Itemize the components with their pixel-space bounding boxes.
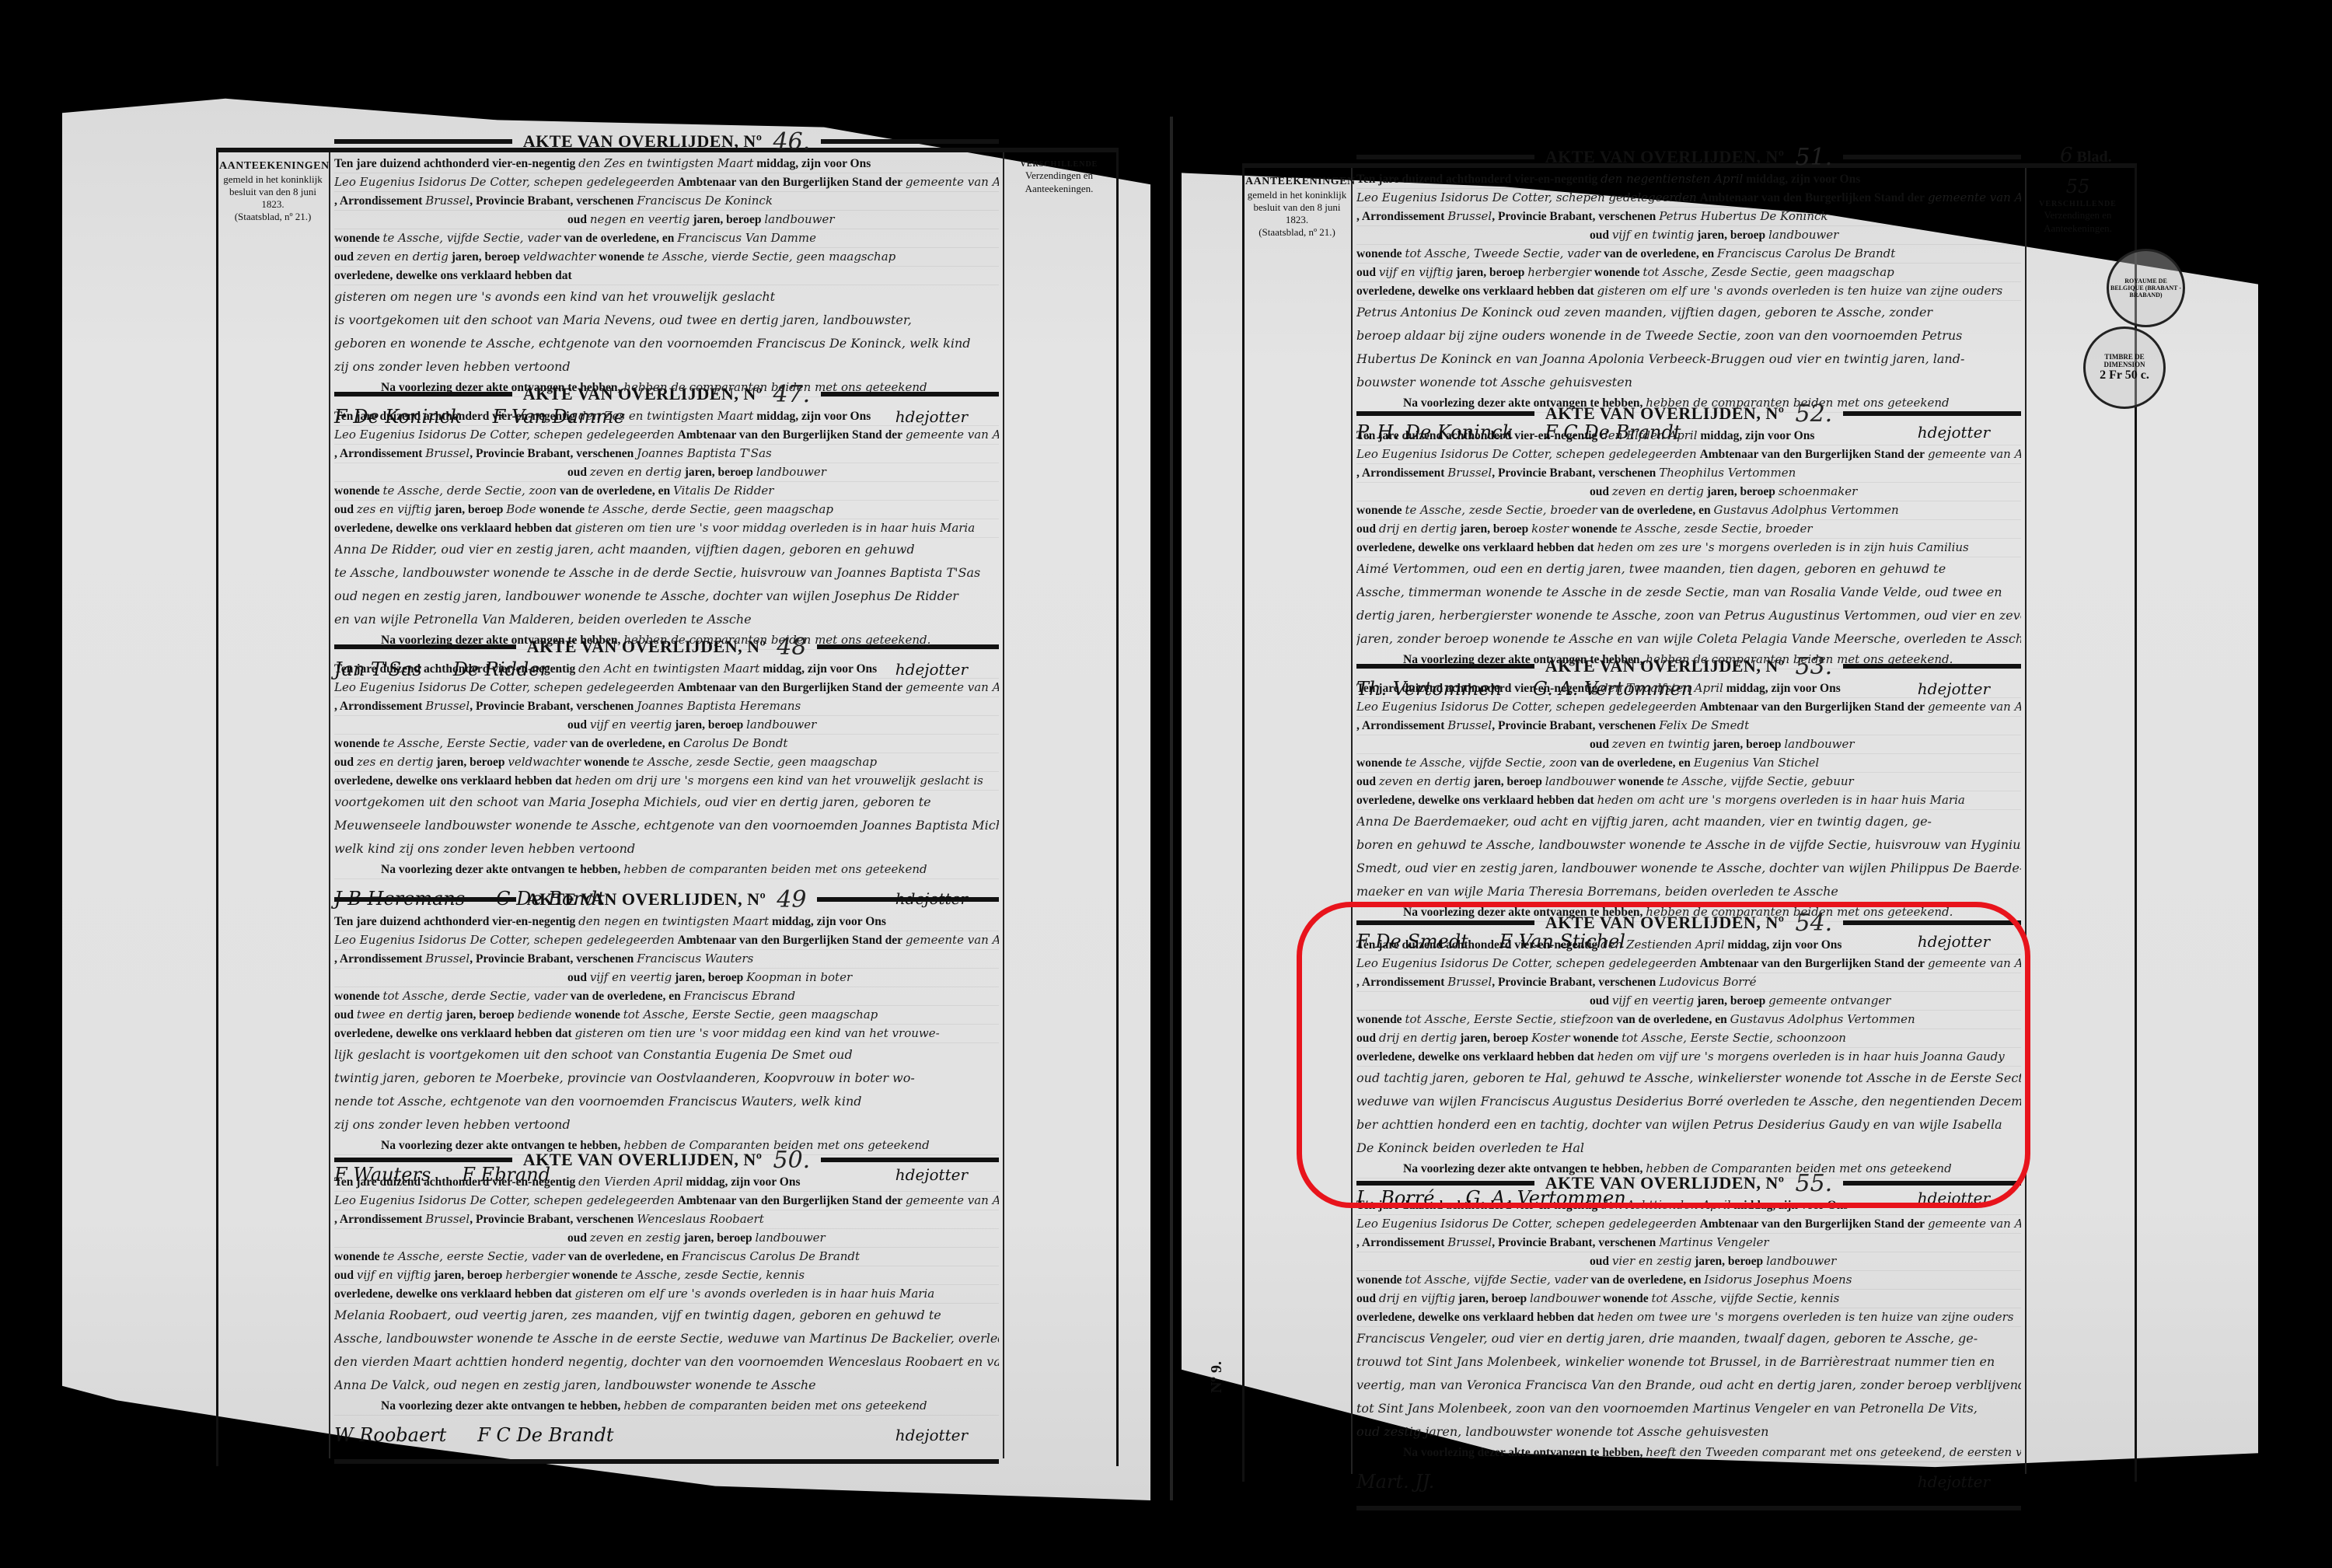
- declarant-1-age: zeven en dertig: [1612, 484, 1704, 498]
- arrondissement: Brussel: [1447, 209, 1492, 223]
- printed-text: van de overledene, en: [1590, 1273, 1701, 1287]
- title-rule: [817, 897, 999, 902]
- act-body-line: gisteren om tien ure 's voor middag over…: [575, 521, 976, 535]
- act-body-line: Aimé Vertommen, oud een en dertig jaren,…: [1356, 557, 2021, 581]
- declarant-2-residence: tot Assche, vijfde Sectie, kennis: [1651, 1291, 1839, 1305]
- declarant-2-residence: tot Assche, Zesde Sectie, geen maagschap: [1643, 265, 1894, 279]
- declarant-2: Gustavus Adolphus Vertommen: [1714, 503, 1899, 517]
- act-body-line: oud negen en zestig jaren, landbouwer wo…: [334, 585, 999, 608]
- printed-text: , Provincie Brabant, verschenen: [470, 1213, 634, 1226]
- declarant-1-age: vier en zestig: [1612, 1254, 1691, 1268]
- declarant-2-age: zes en vijftig: [357, 502, 431, 516]
- printed-text: oud: [1356, 522, 1376, 536]
- act-date: den negen en twintigsten Maart: [578, 914, 769, 928]
- declarant-1-job: landbouwer: [756, 1231, 826, 1245]
- title-rule: [1356, 155, 1534, 159]
- printed-text: Ambtenaar van den Burgerlijken Stand der: [1700, 1217, 1925, 1231]
- declarant-2-residence: te Assche, zesde Sectie, broeder: [1620, 522, 1812, 536]
- act-body-line: twintig jaren, geboren te Moerbeke, prov…: [334, 1067, 999, 1090]
- printed-text: van de overledene, en: [1604, 247, 1714, 260]
- gemeente: gemeente van Assche: [906, 680, 999, 694]
- closing-text: hebben de comparanten beiden met ons get…: [623, 1399, 927, 1413]
- declarant-2-residence: te Assche, zesde Sectie, geen maagschap: [632, 755, 877, 769]
- printed-text: wonende: [1603, 1292, 1649, 1305]
- act-body-line: dertig jaren, herbergierster wonende te …: [1356, 604, 2021, 627]
- printed-text: middag, zijn voor Ons: [756, 157, 871, 170]
- declarant-1-job: landbouwer: [1768, 228, 1838, 242]
- printed-text: wonende: [334, 484, 380, 498]
- declarant-1-age: vijf en veertig: [590, 970, 672, 984]
- gemeente: gemeente van Assche: [906, 1193, 999, 1207]
- printed-text: jaren, beroep: [434, 1269, 502, 1282]
- official-signature: hdejotter: [895, 1426, 968, 1444]
- act-date: den Twaalfsten April: [1601, 681, 1723, 695]
- declarant-1-job: landbouwer: [1784, 737, 1854, 751]
- title-rule: [334, 897, 516, 902]
- right-column-heading: Verzendingen en Aanteekeningen.: [1025, 169, 1094, 194]
- act-body-line: jaren, zonder beroep wonende te Assche e…: [1356, 627, 2021, 651]
- declarant-2-job: bediende: [518, 1008, 572, 1021]
- declarant-2-age: drij en dertig: [1379, 522, 1457, 536]
- signature: W Roobaert: [334, 1424, 446, 1446]
- right-column-heading-small: VERSCHILLENDE: [2027, 199, 2128, 209]
- margin-ref: (Staatsblad, nº 21.): [1259, 226, 1335, 238]
- printed-text: van de overledene, en: [564, 232, 674, 245]
- printed-text: oud: [334, 250, 354, 264]
- printed-text: , Arrondissement: [1356, 1236, 1444, 1249]
- declarant-1-age: vijf en veertig: [590, 718, 672, 732]
- act-body-line: gisteren om elf ure 's avonds overleden …: [575, 1287, 935, 1301]
- act-body-line: zij ons zonder leven hebben vertoond: [334, 355, 999, 379]
- title-rule: [1843, 664, 2021, 669]
- officer: Leo Eugenius Isidorus De Cotter, schepen…: [1356, 700, 1697, 714]
- act-label: AKTE VAN OVERLIJDEN, Nº: [527, 637, 766, 657]
- printed-text: oud: [1590, 485, 1609, 498]
- printed-text: Ambtenaar van den Burgerlijken Stand der: [678, 176, 903, 189]
- officer: Leo Eugenius Isidorus De Cotter, schepen…: [1356, 190, 1697, 204]
- printed-text: Ambtenaar van den Burgerlijken Stand der: [1700, 191, 1925, 204]
- declarant-1-age: vijf en twintig: [1612, 228, 1694, 242]
- printed-text: oud: [1590, 738, 1609, 751]
- officer: Leo Eugenius Isidorus De Cotter, schepen…: [1356, 1217, 1697, 1231]
- act-body-line: heden om drij ure 's morgens een kind va…: [575, 774, 983, 787]
- margin-annotation: 55: [2066, 176, 2090, 197]
- left-margin-header: AANTEEKENINGEN gemeld in het koninklijk …: [219, 159, 326, 224]
- act-body-line: zij ons zonder leven hebben vertoond: [334, 1113, 999, 1137]
- declarant-2-age: zes en dertig: [357, 755, 434, 769]
- declarant-1-job: schoenmaker: [1779, 484, 1858, 498]
- act-body-line: boren en gehuwd te Assche, landbouwster …: [1356, 833, 2021, 857]
- declarant-2-job: Bode: [506, 502, 536, 516]
- declarant-1-residence: te Assche, derde Sectie, zoon: [382, 484, 557, 498]
- act-title: AKTE VAN OVERLIJDEN, Nº50.: [334, 1147, 999, 1173]
- printed-text: , Arrondissement: [1356, 466, 1444, 480]
- declarant-2: Carolus De Bondt: [683, 736, 788, 750]
- act-number: 46.: [773, 128, 810, 155]
- printed-text: , Provincie Brabant, verschenen: [1492, 210, 1656, 223]
- act-body-line: gisteren om elf ure 's avonds overleden …: [1597, 284, 2003, 298]
- printed-text: jaren, beroep: [675, 971, 743, 984]
- stamp-label: TIMBRE DE DIMENSION: [2086, 353, 2163, 368]
- act-body-line: en van wijle Petronella Van Malderen, be…: [334, 608, 999, 631]
- act-body-line: beroep aldaar bij zijne ouders wonende i…: [1356, 324, 2021, 347]
- declarant-1-age: zeven en twintig: [1612, 737, 1710, 751]
- officer: Leo Eugenius Isidorus De Cotter, schepen…: [334, 933, 675, 947]
- act-body-line: bouwster wonende tot Assche gehuisvesten: [1356, 371, 2021, 394]
- printed-text: wonende: [574, 1008, 620, 1021]
- act-label: AKTE VAN OVERLIJDEN, Nº: [523, 1150, 763, 1170]
- margin-text: gemeld in het koninklijk besluit van den…: [1248, 189, 1346, 226]
- printed-text: wonende: [1356, 247, 1402, 260]
- printed-text: jaren, beroep: [1712, 738, 1781, 751]
- printed-text: oud: [1356, 1292, 1376, 1305]
- act-body-line: trouwd tot Sint Jans Molenbeek, winkelie…: [1356, 1350, 2021, 1374]
- declarant-1: Martinus Vengeler: [1659, 1235, 1768, 1249]
- declarant-2-age: vijf en vijftig: [1379, 265, 1453, 279]
- declarant-2: Franciscus Van Damme: [677, 231, 816, 245]
- title-rule: [1356, 411, 1534, 416]
- act-title: AKTE VAN OVERLIJDEN, Nº51.: [1356, 144, 2021, 170]
- closing-rule: [1356, 1506, 2021, 1510]
- death-act-55: AKTE VAN OVERLIJDEN, Nº55. Ten jare duiz…: [1356, 1170, 2021, 1510]
- printed-line: Ten jare duizend achthonderd vier-en-neg…: [334, 915, 575, 928]
- printed-text: , Arrondissement: [334, 1213, 422, 1226]
- printed-text: jaren, beroep: [675, 718, 743, 732]
- declarant-2-residence: tot Assche, Eerste Sectie, geen maagscha…: [623, 1008, 878, 1021]
- printed-text: overledene, dewelke ons verklaard hebben…: [334, 269, 572, 282]
- act-title: AKTE VAN OVERLIJDEN, Nº46.: [334, 128, 999, 155]
- act-body-line: nende tot Assche, echtgenote van den voo…: [334, 1090, 999, 1113]
- act-title: AKTE VAN OVERLIJDEN, Nº49: [334, 886, 999, 913]
- declarant-1: Joannes Baptista Heremans: [637, 699, 801, 713]
- title-rule: [821, 392, 999, 396]
- declarant-2-job: veldwachter: [523, 250, 596, 264]
- printed-text: , Provincie Brabant, verschenen: [1492, 1236, 1656, 1249]
- declarant-1-residence: tot Assche, Tweede Sectie, vader: [1405, 246, 1601, 260]
- left-right-column: [1003, 152, 1004, 1458]
- printed-text: van de overledene, en: [568, 1250, 679, 1263]
- printed-text: oud: [334, 1008, 354, 1021]
- right-notes-column: [2025, 168, 2027, 1474]
- printed-text: middag, zijn voor Ons: [686, 1175, 800, 1189]
- printed-text: overledene, dewelke ons verklaard hebben…: [1356, 541, 1594, 554]
- declarant-1-residence: tot Assche, vijfde Sectie, vader: [1405, 1273, 1587, 1287]
- act-number: 52.: [1795, 400, 1832, 428]
- act-body-line: Anna De Valck, oud negen en zestig jaren…: [334, 1374, 999, 1397]
- act-body-line: Franciscus Vengeler, oud vier en dertig …: [1356, 1327, 2021, 1350]
- printed-text: van de overledene, en: [570, 737, 680, 750]
- right-margin-column: [1242, 168, 1353, 1474]
- act-label: AKTE VAN OVERLIJDEN, Nº: [1545, 403, 1785, 424]
- stamp-value: 2 Fr 50 c.: [2100, 368, 2149, 382]
- printed-text: , Provincie Brabant, verschenen: [470, 447, 634, 460]
- printed-line: Ten jare duizend achthonderd vier-en-neg…: [334, 1175, 575, 1189]
- officer: Leo Eugenius Isidorus De Cotter, schepen…: [1356, 447, 1697, 461]
- officer: Leo Eugenius Isidorus De Cotter, schepen…: [334, 428, 675, 442]
- act-body-line: Melania Roobaert, oud veertig jaren, zes…: [334, 1304, 999, 1327]
- printed-text: Ambtenaar van den Burgerlijken Stand der: [678, 681, 903, 694]
- printed-text: van de overledene, en: [560, 484, 670, 498]
- printed-text: wonende: [1356, 1273, 1402, 1287]
- declarant-1: Joannes Baptista T'Sas: [637, 446, 772, 460]
- act-number: 51.: [1795, 144, 1832, 171]
- act-number: 53.: [1795, 653, 1832, 680]
- declarant-1-residence: te Assche, zesde Sectie, broeder: [1405, 503, 1597, 517]
- printed-text: Ambtenaar van den Burgerlijken Stand der: [678, 1194, 903, 1207]
- act-body-line: Hubertus De Koninck en van Joanna Apolon…: [1356, 347, 2021, 371]
- printed-text: wonende: [1356, 504, 1402, 517]
- closing-rule: [334, 1459, 999, 1464]
- act-label: AKTE VAN OVERLIJDEN, Nº: [1545, 656, 1785, 676]
- declarant-2-age: zeven en dertig: [1379, 774, 1471, 788]
- gemeente: gemeente van Assche: [1928, 190, 2021, 204]
- declarant-1-age: zeven en zestig: [590, 1231, 681, 1245]
- printed-text: jaren, beroep: [1697, 229, 1765, 242]
- arrondissement: Brussel: [1447, 1235, 1492, 1249]
- declarant-1: Petrus Hubertus De Koninck: [1659, 209, 1828, 223]
- act-body-line: geboren en wonende te Assche, echtgenote…: [334, 332, 999, 355]
- act-label: AKTE VAN OVERLIJDEN, Nº: [523, 131, 763, 152]
- printed-text: wonende: [1618, 775, 1664, 788]
- declarant-2: Isidorus Josephus Moens: [1704, 1273, 1852, 1287]
- declarant-1: Wenceslaus Roobaert: [637, 1212, 764, 1226]
- printed-text: oud: [567, 971, 587, 984]
- printed-text: , Provincie Brabant, verschenen: [470, 952, 634, 966]
- printed-line: Ten jare duizend achthonderd vier-en-neg…: [1356, 173, 1597, 186]
- printed-text: van de overledene, en: [1580, 756, 1691, 770]
- death-act-48: AKTE VAN OVERLIJDEN, Nº48 Ten jare duize…: [334, 634, 999, 918]
- title-rule: [334, 644, 516, 649]
- title-rule: [1843, 411, 2021, 416]
- gemeente: gemeente van Assche: [1928, 700, 2021, 714]
- act-title: AKTE VAN OVERLIJDEN, Nº47.: [334, 381, 999, 407]
- title-rule: [1843, 155, 2021, 159]
- margin-ref: (Staatsblad, nº 21.): [235, 211, 312, 222]
- act-body-line: veertig, man van Veronica Francisca Van …: [1356, 1374, 2021, 1397]
- death-act-50: AKTE VAN OVERLIJDEN, Nº50. Ten jare duiz…: [334, 1147, 999, 1464]
- gemeente: gemeente van Assche: [1928, 1217, 2021, 1231]
- printed-text: jaren, beroep: [685, 466, 753, 479]
- act-label: AKTE VAN OVERLIJDEN, Nº: [1545, 147, 1785, 167]
- printed-text: middag, zijn voor Ons: [1746, 173, 1860, 186]
- declarant-2-job: veldwachter: [508, 755, 581, 769]
- declarant-1-residence: te Assche, Eerste Sectie, vader: [382, 736, 567, 750]
- signature: F C De Brandt: [477, 1424, 613, 1446]
- declarant-1: Franciscus De Koninck: [637, 194, 773, 208]
- right-column-heading: Verzendingen en Aanteekeningen.: [2044, 209, 2112, 234]
- declarant-2-job: koster: [1531, 522, 1569, 536]
- declarant-1-age: negen en veertig: [590, 212, 690, 226]
- declarant-1: Franciscus Wauters: [637, 952, 753, 966]
- closing-text: heeft den Tweeden comparant met ons gete…: [1646, 1445, 2021, 1459]
- declarant-1: Felix De Smedt: [1659, 718, 1749, 732]
- arrondissement: Brussel: [425, 194, 470, 208]
- declarant-2-residence: te Assche, zesde Sectie, kennis: [620, 1268, 805, 1282]
- margin-heading: AANTEEKENINGEN: [1245, 175, 1349, 189]
- right-margin-header: AANTEEKENINGEN gemeld in het koninklijk …: [1245, 175, 1349, 239]
- title-rule: [817, 644, 999, 649]
- printed-text: jaren, beroep: [436, 756, 504, 769]
- act-body-line: heden om acht ure 's morgens overleden i…: [1597, 793, 1965, 807]
- signature: Mart. JJ.: [1356, 1471, 1434, 1493]
- printed-text: van de overledene, en: [571, 990, 681, 1003]
- arrondissement: Brussel: [1447, 718, 1492, 732]
- printed-line: Ten jare duizend achthonderd vier-en-neg…: [334, 157, 575, 170]
- act-title: AKTE VAN OVERLIJDEN, Nº53.: [1356, 653, 2021, 679]
- printed-text: oud: [334, 1269, 354, 1282]
- act-title: AKTE VAN OVERLIJDEN, Nº48: [334, 634, 999, 660]
- printed-text: middag, zijn voor Ons: [1726, 682, 1841, 695]
- declarant-2: Franciscus Ebrand: [684, 989, 796, 1003]
- officer: Leo Eugenius Isidorus De Cotter, schepen…: [334, 175, 675, 189]
- printed-text: wonende: [539, 503, 585, 516]
- act-body-line: Anna De Ridder, oud vier en zestig jaren…: [334, 538, 999, 561]
- act-date: den negentiensten April: [1601, 172, 1743, 186]
- declarant-1-residence: te Assche, vijfde Sectie, zoon: [1405, 756, 1577, 770]
- printed-text: Na voorlezing dezer akte ontvangen te he…: [381, 863, 620, 876]
- printed-text: Ambtenaar van den Burgerlijken Stand der: [678, 428, 903, 442]
- declarant-1-residence: te Assche, vijfde Sectie, vader: [382, 231, 560, 245]
- act-date: den Zes en twintigsten Maart: [578, 409, 753, 423]
- act-body-line: is voortgekomen uit den schoot van Maria…: [334, 309, 999, 332]
- act-title: AKTE VAN OVERLIJDEN, Nº52.: [1356, 400, 2021, 427]
- printed-line: Ten jare duizend achthonderd vier-en-neg…: [334, 662, 575, 676]
- red-highlight-annotation: [1297, 902, 2030, 1208]
- printed-text: overledene, dewelke ons verklaard hebben…: [1356, 285, 1594, 298]
- declarant-2-age: drij en vijftig: [1379, 1291, 1455, 1305]
- declarant-2-age: twee en dertig: [357, 1008, 443, 1021]
- printed-text: van de overledene, en: [1601, 504, 1711, 517]
- printed-text: Ambtenaar van den Burgerlijken Stand der: [1700, 448, 1925, 461]
- declarant-2-age: vijf en vijftig: [357, 1268, 431, 1282]
- act-number: 47.: [773, 381, 810, 408]
- act-number: 48: [777, 634, 806, 661]
- printed-text: wonende: [334, 737, 380, 750]
- gemeente: gemeente van Assche: [906, 428, 999, 442]
- printed-line: Ten jare duizend achthonderd vier-en-neg…: [1356, 429, 1597, 442]
- right-column-heading-small: VERSCHILLENDE: [1007, 159, 1112, 169]
- printed-text: , Arrondissement: [334, 952, 422, 966]
- printed-text: overledene, dewelke ons verklaard hebben…: [334, 1027, 572, 1040]
- declarant-2-job: herbergier: [505, 1268, 569, 1282]
- printed-text: wonende: [572, 1269, 618, 1282]
- printed-text: wonende: [1356, 756, 1402, 770]
- declarant-2-residence: te Assche, derde Sectie, geen maagschap: [588, 502, 833, 516]
- declarant-2-job: landbouwer: [1530, 1291, 1600, 1305]
- printed-text: jaren, beroep: [1458, 1292, 1527, 1305]
- printed-text: overledene, dewelke ons verklaard hebben…: [1356, 1311, 1594, 1324]
- declarant-2-residence: te Assche, vierde Sectie, geen maagschap: [648, 250, 896, 264]
- printed-text: , Arrondissement: [334, 194, 422, 208]
- declarant-1-residence: te Assche, eerste Sectie, vader: [382, 1249, 565, 1263]
- printed-text: overledene, dewelke ons verklaard hebben…: [334, 1287, 572, 1301]
- title-rule: [334, 1158, 512, 1162]
- act-body-line: Petrus Antonius De Koninck oud zeven maa…: [1356, 301, 2021, 324]
- declarant-1-job: Koopman in boter: [746, 970, 852, 984]
- act-body-line: den vierden Maart achttien honderd negen…: [334, 1350, 999, 1374]
- act-body-line: Meuwenseele landbouwster wonende te Assc…: [334, 814, 999, 837]
- printed-text: middag, zijn voor Ons: [1700, 429, 1814, 442]
- printed-text: jaren, beroep: [1456, 266, 1524, 279]
- declarant-1-job: landbouwer: [746, 718, 816, 732]
- printed-text: wonende: [334, 990, 380, 1003]
- printed-text: , Provincie Brabant, verschenen: [1492, 466, 1656, 480]
- arrondissement: Brussel: [425, 1212, 470, 1226]
- arrondissement: Brussel: [425, 446, 470, 460]
- act-date: den Vierden April: [578, 1175, 682, 1189]
- printed-text: oud: [567, 1231, 587, 1245]
- act-body-line: oud zestig jaren, landbouwster wonende t…: [1356, 1420, 2021, 1444]
- printed-text: middag, zijn voor Ons: [756, 410, 871, 423]
- printed-line: Ten jare duizend achthonderd vier-en-neg…: [1356, 682, 1597, 695]
- act-date: den Elfden April: [1601, 428, 1697, 442]
- printed-text: oud: [334, 503, 354, 516]
- act-body-line: gisteren om tien ure 's voor middag een …: [575, 1026, 940, 1040]
- margin-heading: AANTEEKENINGEN: [219, 159, 326, 173]
- declarant-2-job: landbouwer: [1545, 774, 1615, 788]
- printed-text: , Arrondissement: [1356, 210, 1444, 223]
- printed-text: jaren, beroep: [1474, 775, 1542, 788]
- act-label: AKTE VAN OVERLIJDEN, Nº: [523, 384, 763, 404]
- printed-text: middag, zijn voor Ons: [763, 662, 877, 676]
- act-number: 49: [777, 886, 806, 913]
- act-body-line: tot Sint Jans Molenbeek, zoon van den vo…: [1356, 1397, 2021, 1420]
- printed-text: jaren, beroep: [1707, 485, 1775, 498]
- printed-text: middag, zijn voor Ons: [772, 915, 886, 928]
- gemeente: gemeente van Assche: [906, 933, 999, 947]
- declarant-1-residence: tot Assche, derde Sectie, vader: [382, 989, 567, 1003]
- printed-text: , Provincie Brabant, verschenen: [470, 194, 634, 208]
- printed-text: jaren, beroep: [1460, 522, 1528, 536]
- gemeente: gemeente van Assche: [1928, 447, 2021, 461]
- printed-text: wonende: [1594, 266, 1640, 279]
- act-body-line: Assche, landbouwster wonende te Assche i…: [334, 1327, 999, 1350]
- margin-text: gemeld in het koninklijk besluit van den…: [223, 173, 322, 211]
- act-body-line: heden om zes ure 's morgens overleden is…: [1597, 540, 1969, 554]
- printed-text: oud: [567, 718, 587, 732]
- signatures: W RoobaertF C De Brandthdejotter: [334, 1416, 999, 1455]
- printed-text: jaren, beroep: [452, 250, 520, 264]
- printed-text: Ambtenaar van den Burgerlijken Stand der: [1700, 700, 1925, 714]
- official-signature: hdejotter: [1918, 1472, 1990, 1491]
- declarant-1-job: landbouwer: [1766, 1254, 1836, 1268]
- act-body-line: heden om twee ure 's morgens overleden i…: [1597, 1310, 2014, 1324]
- printed-text: wonende: [334, 232, 380, 245]
- declarant-2: Eugenius Van Stichel: [1694, 756, 1819, 770]
- declarant-2-job: herbergier: [1527, 265, 1591, 279]
- declarant-2: Vitalis De Ridder: [673, 484, 773, 498]
- printed-text: overledene, dewelke ons verklaard hebben…: [1356, 794, 1594, 807]
- printed-text: wonende: [584, 756, 630, 769]
- declarant-2: Franciscus Carolus De Brandt: [1717, 246, 1895, 260]
- folio-number: Nº 9.: [1208, 1361, 1226, 1393]
- declarant-1-age: zeven en dertig: [590, 465, 682, 479]
- printed-text: , Arrondissement: [334, 700, 422, 713]
- printed-text: oud: [1356, 775, 1376, 788]
- act-body-line: lijk geslacht is voortgekomen uit den sc…: [334, 1043, 999, 1067]
- printed-text: jaren, beroep: [693, 213, 761, 226]
- printed-text: , Arrondissement: [1356, 719, 1444, 732]
- declarant-1: Theophilus Vertommen: [1659, 466, 1796, 480]
- left-margin-column: [216, 152, 330, 1458]
- act-date: den Zes en twintigsten Maart: [578, 156, 753, 170]
- printed-text: oud: [1356, 266, 1376, 279]
- printed-text: oud: [334, 756, 354, 769]
- gemeente: gemeente van Assche: [906, 175, 999, 189]
- declarant-2-age: zeven en dertig: [357, 250, 449, 264]
- printed-text: , Arrondissement: [334, 447, 422, 460]
- left-right-column-header: VERSCHILLENDE Verzendingen en Aanteekeni…: [1007, 159, 1112, 196]
